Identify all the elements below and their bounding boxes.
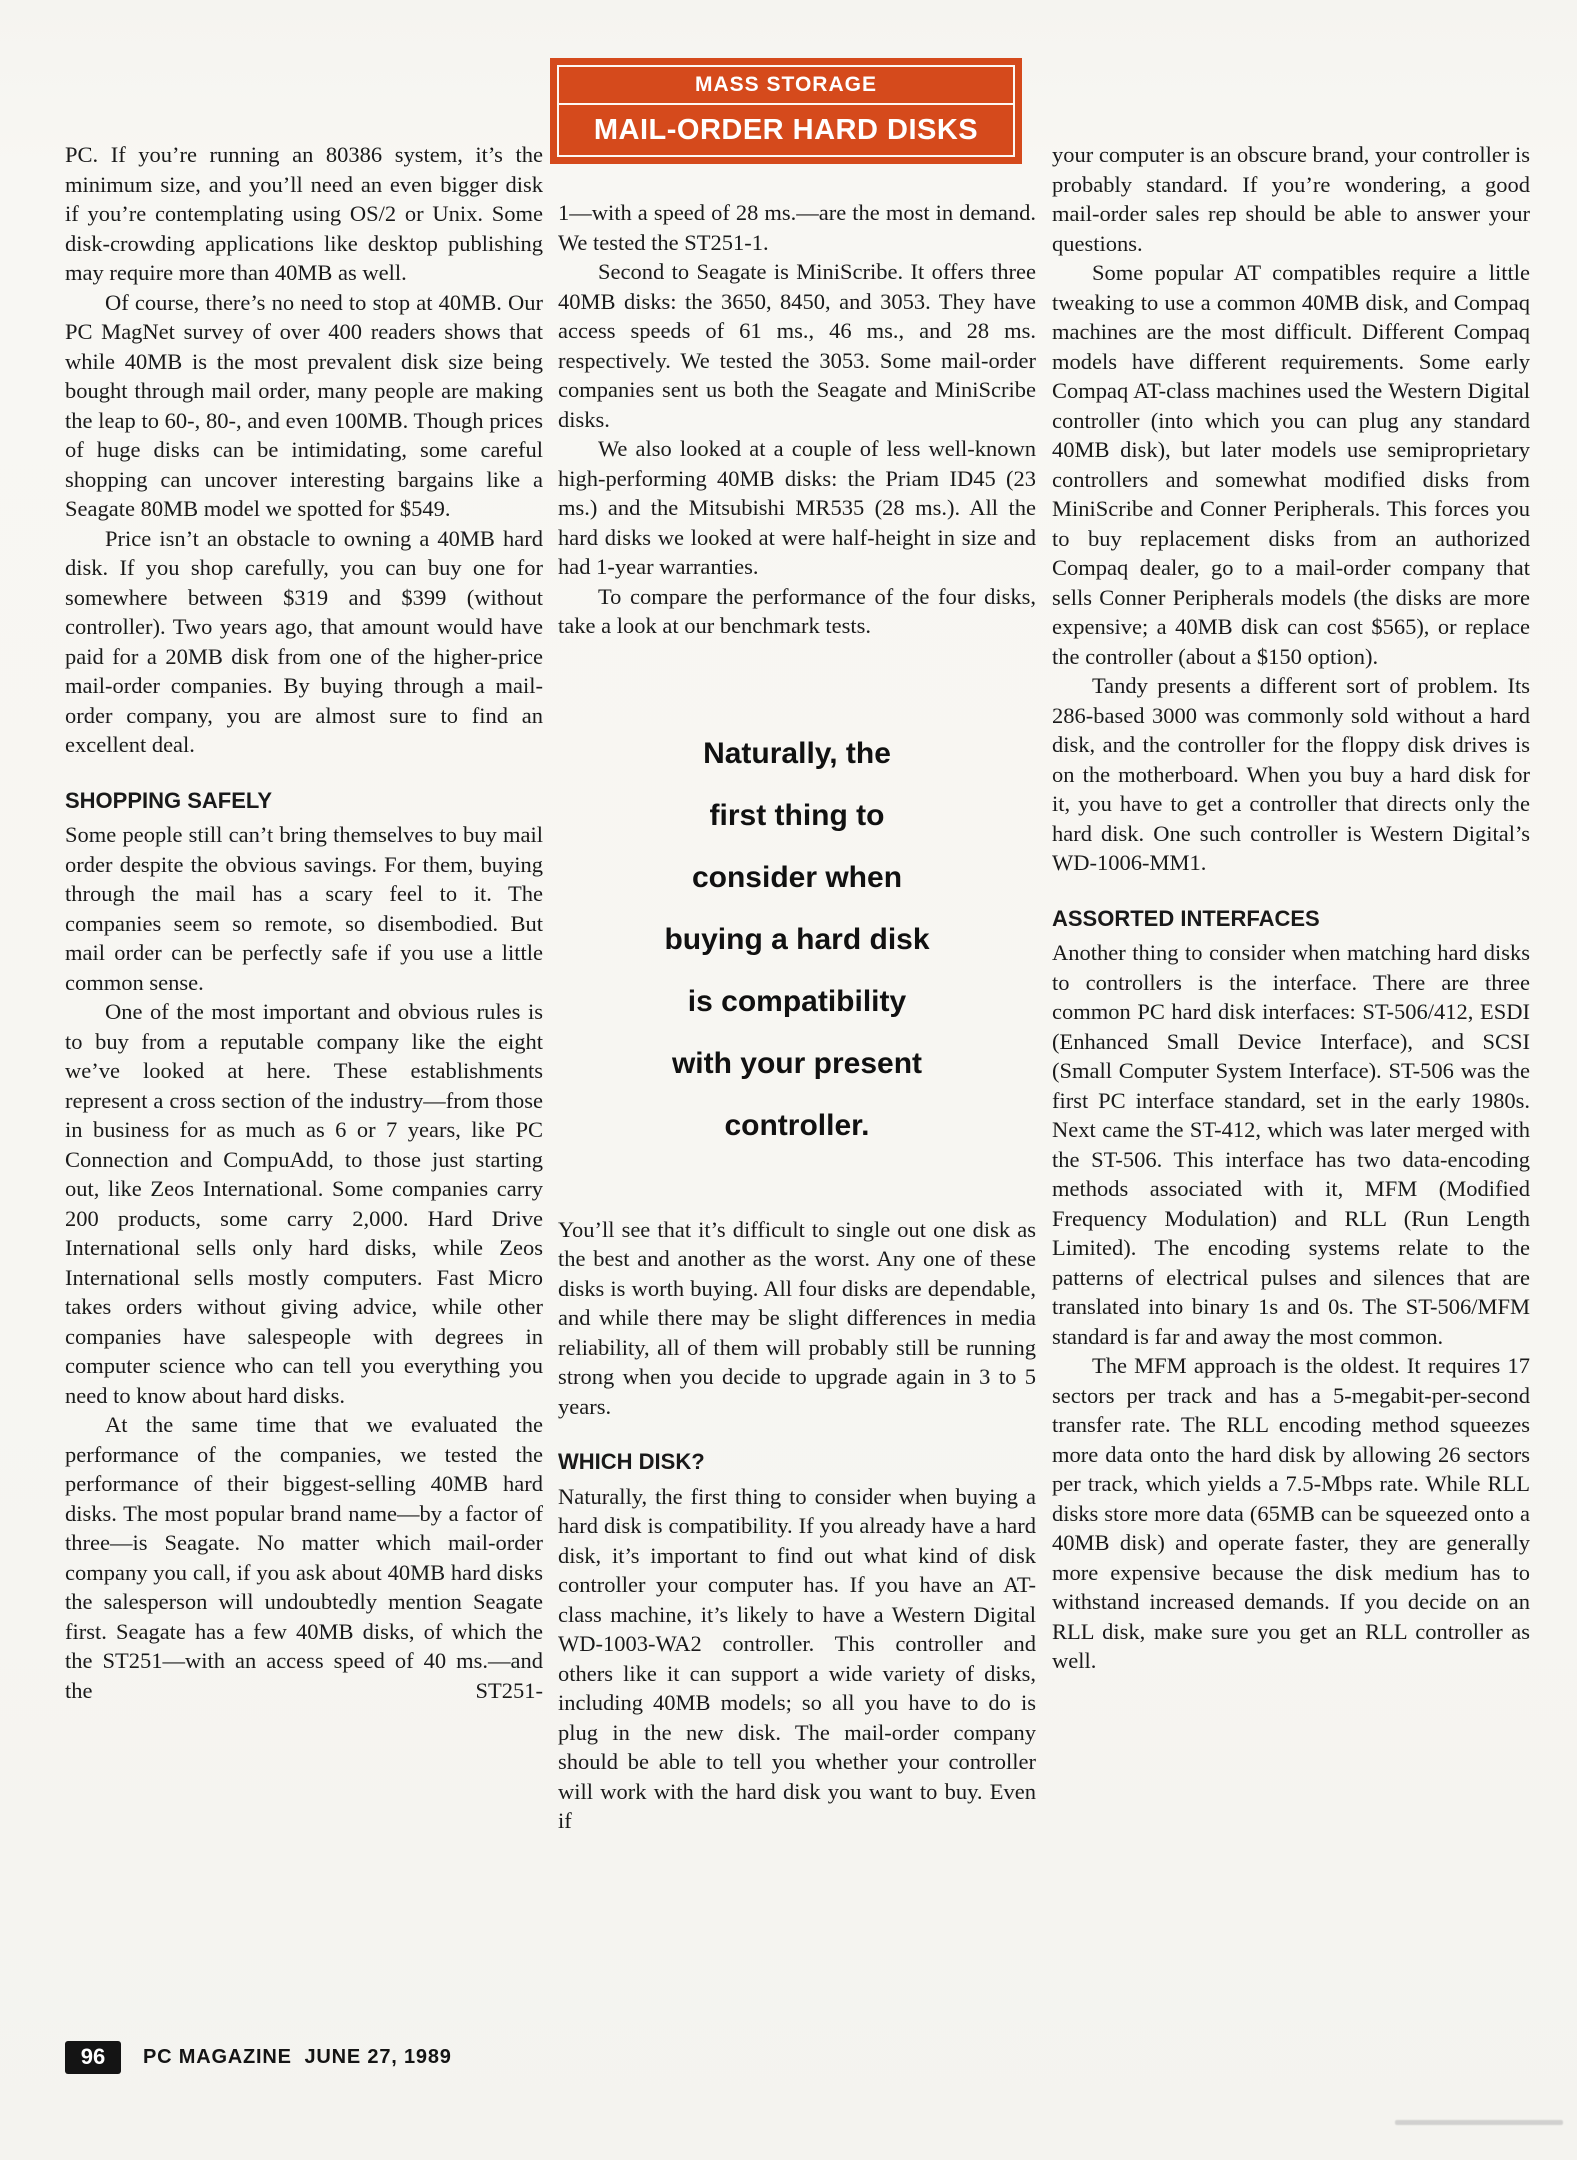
paragraph: You’ll see that it’s difficult to single…: [558, 1215, 1036, 1422]
paragraph: PC. If you’re running an 80386 system, i…: [65, 140, 543, 288]
paragraph: To compare the performance of the four d…: [558, 582, 1036, 641]
paragraph: 1—with a speed of 28 ms.—are the most in…: [558, 198, 1036, 257]
section-banner-frame: MASS STORAGE MAIL-ORDER HARD DISKS: [557, 65, 1015, 157]
page-footer: 96 PC MAGAZINE JUNE 27, 1989: [65, 2040, 452, 2074]
paragraph: We also looked at a couple of less well-…: [558, 434, 1036, 582]
paragraph: Some popular AT compatibles require a li…: [1052, 258, 1530, 671]
pull-quote-line: buying a hard disk: [558, 909, 1036, 971]
column-1: PC. If you’re running an 80386 system, i…: [65, 140, 543, 1705]
section-kicker: MASS STORAGE: [559, 67, 1013, 105]
pull-quote-line: controller.: [558, 1095, 1036, 1157]
page-number-badge: 96: [65, 2041, 121, 2074]
paragraph: Some people still can’t bring themselves…: [65, 820, 543, 997]
pull-quote: Naturally, the first thing to consider w…: [558, 723, 1036, 1157]
paragraph: your computer is an obscure brand, your …: [1052, 140, 1530, 258]
paragraph: At the same time that we evaluated the p…: [65, 1410, 543, 1705]
section-heading-which-disk: WHICH DISK?: [558, 1447, 1036, 1477]
paragraph: The MFM approach is the oldest. It requi…: [1052, 1351, 1530, 1676]
pull-quote-line: consider when: [558, 847, 1036, 909]
column-3: your computer is an obscure brand, your …: [1052, 140, 1530, 1676]
magazine-name-date: PC MAGAZINE JUNE 27, 1989: [143, 2046, 452, 2069]
pull-quote-line: first thing to: [558, 785, 1036, 847]
pull-quote-line: with your present: [558, 1033, 1036, 1095]
pull-quote-line: is compatibility: [558, 971, 1036, 1033]
paragraph: Second to Seagate is MiniScribe. It offe…: [558, 257, 1036, 434]
scan-artifact: [1395, 2120, 1563, 2125]
section-heading-shopping-safely: SHOPPING SAFELY: [65, 786, 543, 816]
section-heading-assorted-interfaces: ASSORTED INTERFACES: [1052, 904, 1530, 934]
column-2: 1—with a speed of 28 ms.—are the most in…: [558, 198, 1036, 1836]
section-banner: MASS STORAGE MAIL-ORDER HARD DISKS: [550, 58, 1022, 164]
paragraph: Price isn’t an obstacle to owning a 40MB…: [65, 524, 543, 760]
paragraph: Naturally, the first thing to consider w…: [558, 1482, 1036, 1836]
magazine-page: MASS STORAGE MAIL-ORDER HARD DISKS PC. I…: [0, 0, 1577, 2160]
paragraph: Another thing to consider when matching …: [1052, 938, 1530, 1351]
paragraph: One of the most important and obvious ru…: [65, 997, 543, 1410]
pull-quote-line: Naturally, the: [558, 723, 1036, 785]
paragraph: Of course, there’s no need to stop at 40…: [65, 288, 543, 524]
paragraph: Tandy presents a different sort of probl…: [1052, 671, 1530, 878]
article-title: MAIL-ORDER HARD DISKS: [559, 105, 1013, 155]
